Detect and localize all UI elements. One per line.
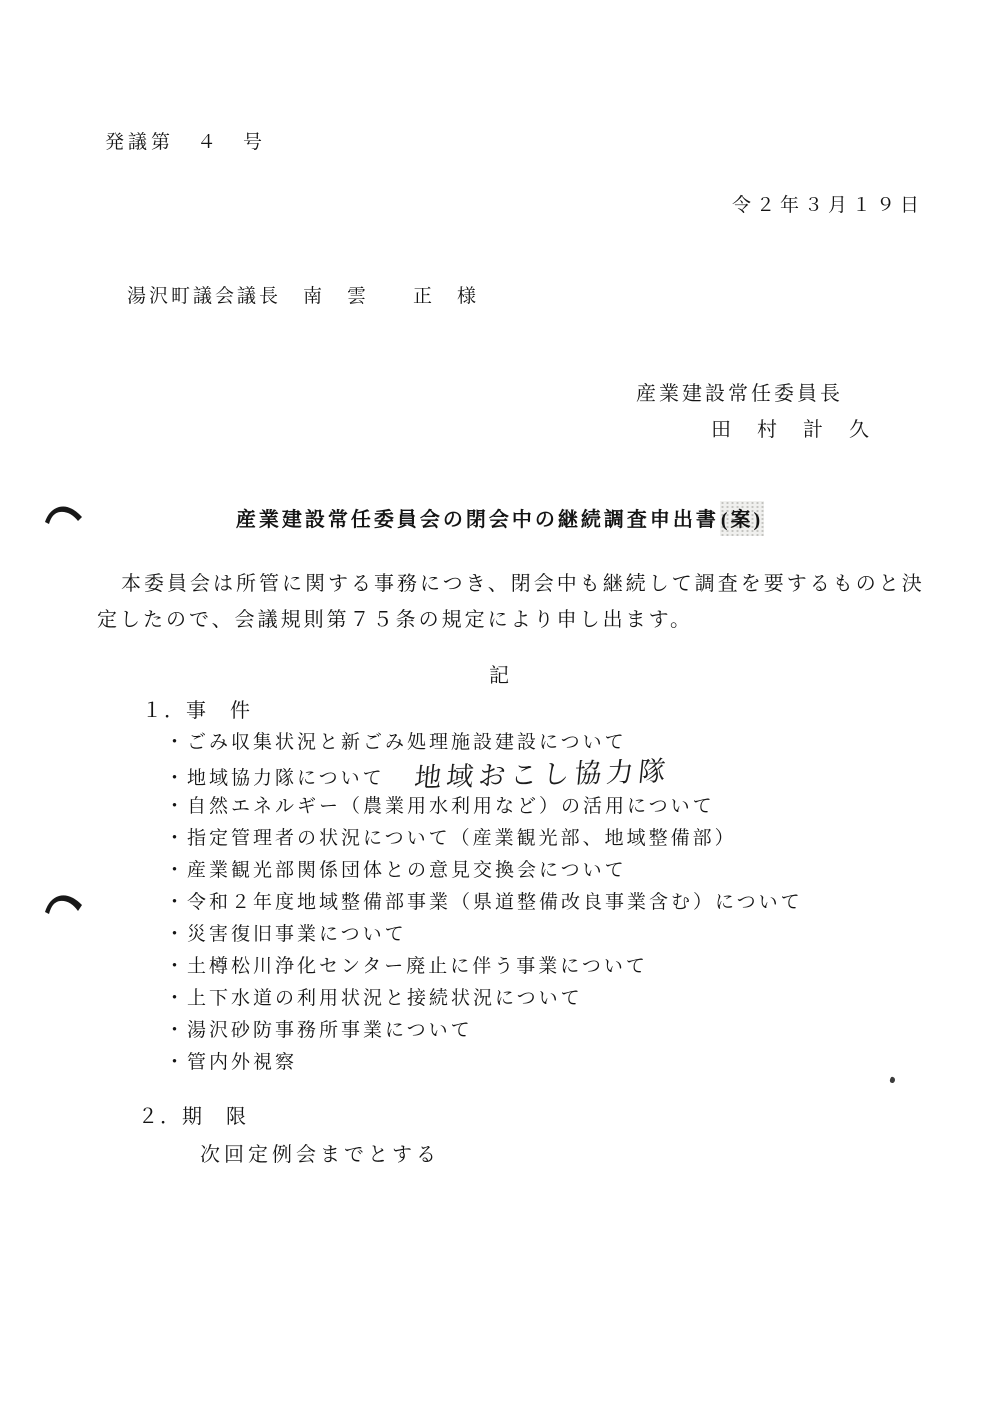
- list-item: ・湯沢砂防事務所事業について: [165, 1015, 803, 1047]
- deadline-text: 次回定例会までとする: [200, 1138, 440, 1167]
- agenda-list: ・ごみ収集状況と新ごみ処理施設建設について ・地域協力隊について地域おこし協力隊…: [165, 727, 803, 1079]
- body-line: 定したので、会議規則第７５条の規定により申し出ます。: [97, 602, 945, 638]
- list-item: ・産業観光部関係団体との意見交換会について: [165, 855, 803, 887]
- section2-heading: ２．期 限: [138, 1100, 248, 1129]
- list-item: ・地域協力隊について地域おこし協力隊: [165, 759, 803, 791]
- scanned-document-page: 発議第 ４ 号 令２年３月１９日 湯沢町議会議長 南 雲 正 様 産業建設常任委…: [0, 0, 1000, 1416]
- sender-title: 産業建設常任委員長: [636, 377, 843, 406]
- list-item: ・自然エネルギー（農業用水利用など）の活用について: [165, 791, 803, 823]
- section1-heading: １．事 件: [142, 694, 252, 723]
- doc-title: 産業建設常任委員会の閉会中の継続調査申出書(案): [0, 501, 1000, 536]
- list-item: ・指定管理者の状況について（産業観光部、地域整備部）: [165, 823, 803, 855]
- list-item: ・上下水道の利用状況と接続状況について: [165, 983, 803, 1015]
- list-item: ・管内外視察: [165, 1047, 803, 1079]
- crescent-smudge-icon: [44, 503, 84, 527]
- ki-heading: 記: [0, 659, 1000, 688]
- list-item-text: ・地域協力隊について: [165, 768, 385, 789]
- sender-name: 田 村 計 久: [711, 413, 872, 442]
- doc-date: 令２年３月１９日: [732, 190, 924, 217]
- list-item: ・災害復旧事業について: [165, 919, 803, 951]
- body-paragraph: 本委員会は所管に関する事務につき、閉会中も継続して調査を要するものと決 定したの…: [97, 566, 945, 638]
- list-item: ・ごみ収集状況と新ごみ処理施設建設について: [165, 727, 803, 759]
- list-item: ・令和２年度地域整備部事業（県道整備改良事業含む）について: [165, 887, 803, 919]
- body-line: 本委員会は所管に関する事務につき、閉会中も継続して調査を要するものと決: [97, 566, 945, 602]
- doc-title-main: 産業建設常任委員会の閉会中の継続調査申出書: [236, 509, 719, 531]
- doc-number: 発議第 ４ 号: [105, 127, 266, 154]
- addressee-line: 湯沢町議会議長 南 雲 正 様: [127, 281, 479, 308]
- crescent-smudge-icon: [44, 892, 84, 916]
- list-item: ・土樽松川浄化センター廃止に伴う事業について: [165, 951, 803, 983]
- handwritten-annotation: 地域おこし協力隊: [413, 755, 672, 794]
- draft-suffix-highlighted: (案): [720, 501, 764, 536]
- ink-speck: [889, 1076, 896, 1083]
